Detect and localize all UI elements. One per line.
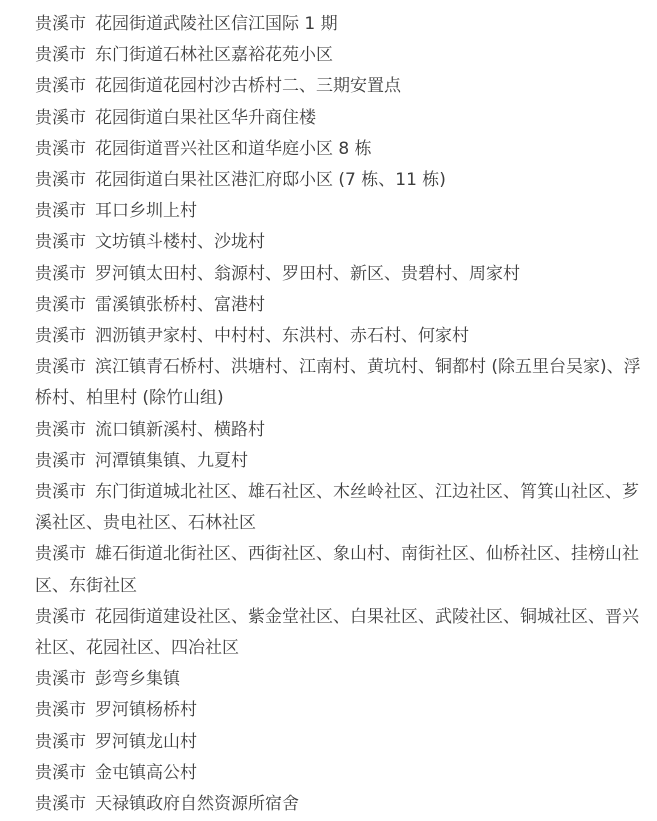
list-item: 贵溪市泗沥镇尹家村、中村村、东洪村、赤石村、何家村 [35, 321, 645, 352]
area-text: 罗河镇杨桥村 [95, 700, 197, 720]
area-text: 雄石街道北街社区、西街社区、象山村、南街社区、仙桥社区、挂榜山社区、东街社区 [35, 544, 639, 595]
list-item: 贵溪市罗河镇杨桥村 [35, 695, 645, 726]
list-item: 贵溪市花园街道建设社区、紫金堂社区、白果社区、武陵社区、铜城社区、晋兴社区、花园… [35, 602, 645, 664]
city-label: 贵溪市 [35, 201, 86, 221]
area-text: 花园街道建设社区、紫金堂社区、白果社区、武陵社区、铜城社区、晋兴社区、花园社区、… [35, 607, 639, 658]
list-item: 贵溪市流口镇新溪村、横路村 [35, 415, 645, 446]
area-text: 花园街道武陵社区信江国际 1 期 [95, 14, 338, 34]
city-label: 贵溪市 [35, 295, 86, 315]
area-text: 雷溪镇张桥村、富港村 [95, 295, 265, 315]
area-text: 河潭镇集镇、九夏村 [95, 451, 248, 471]
area-text: 花园街道花园村沙古桥村二、三期安置点 [95, 76, 401, 96]
city-label: 贵溪市 [35, 45, 86, 65]
list-item: 贵溪市雄石街道北街社区、西街社区、象山村、南街社区、仙桥社区、挂榜山社区、东街社… [35, 539, 645, 601]
city-label: 贵溪市 [35, 700, 86, 720]
list-item: 贵溪市东门街道石林社区嘉裕花苑小区 [35, 40, 645, 71]
area-text: 金屯镇高公村 [95, 763, 197, 783]
area-text: 花园街道晋兴社区和道华庭小区 8 栋 [95, 139, 372, 159]
risk-area-list: 贵溪市花园街道武陵社区信江国际 1 期 贵溪市东门街道石林社区嘉裕花苑小区 贵溪… [0, 0, 657, 820]
city-label: 贵溪市 [35, 420, 86, 440]
city-label: 贵溪市 [35, 264, 86, 284]
city-label: 贵溪市 [35, 482, 86, 502]
city-label: 贵溪市 [35, 544, 86, 564]
area-text: 花园街道白果社区华升商住楼 [95, 108, 316, 128]
list-item: 贵溪市花园街道白果社区华升商住楼 [35, 103, 645, 134]
city-label: 贵溪市 [35, 794, 86, 814]
area-text: 耳口乡圳上村 [95, 201, 197, 221]
list-item: 贵溪市东门街道城北社区、雄石社区、木丝岭社区、江边社区、筲箕山社区、芗溪社区、贵… [35, 477, 645, 539]
city-label: 贵溪市 [35, 669, 86, 689]
city-label: 贵溪市 [35, 14, 86, 34]
area-text: 彭弯乡集镇 [95, 669, 180, 689]
area-text: 文坊镇斗楼村、沙垅村 [95, 232, 265, 252]
list-item: 贵溪市天禄镇政府自然资源所宿舍 [35, 789, 645, 820]
area-text: 流口镇新溪村、横路村 [95, 420, 265, 440]
list-item: 贵溪市滨江镇青石桥村、洪塘村、江南村、黄坑村、铜都村 (除五里台吴家)、浮桥村、… [35, 352, 645, 414]
area-text: 泗沥镇尹家村、中村村、东洪村、赤石村、何家村 [95, 326, 469, 346]
list-item: 贵溪市花园街道花园村沙古桥村二、三期安置点 [35, 71, 645, 102]
area-text: 罗河镇龙山村 [95, 732, 197, 752]
city-label: 贵溪市 [35, 732, 86, 752]
area-text: 东门街道城北社区、雄石社区、木丝岭社区、江边社区、筲箕山社区、芗溪社区、贵电社区… [35, 482, 639, 533]
area-text: 天禄镇政府自然资源所宿舍 [95, 794, 299, 814]
list-item: 贵溪市河潭镇集镇、九夏村 [35, 446, 645, 477]
list-item: 贵溪市金屯镇高公村 [35, 758, 645, 789]
city-label: 贵溪市 [35, 170, 86, 190]
area-text: 东门街道石林社区嘉裕花苑小区 [95, 45, 333, 65]
list-item: 贵溪市花园街道武陵社区信江国际 1 期 [35, 9, 645, 40]
city-label: 贵溪市 [35, 451, 86, 471]
area-text: 花园街道白果社区港汇府邸小区 (7 栋、11 栋) [95, 170, 446, 190]
city-label: 贵溪市 [35, 357, 86, 377]
area-text: 滨江镇青石桥村、洪塘村、江南村、黄坑村、铜都村 (除五里台吴家)、浮桥村、柏里村… [35, 357, 641, 408]
list-item: 贵溪市彭弯乡集镇 [35, 664, 645, 695]
list-item: 贵溪市花园街道晋兴社区和道华庭小区 8 栋 [35, 134, 645, 165]
list-item: 贵溪市罗河镇太田村、翁源村、罗田村、新区、贵碧村、周家村 [35, 259, 645, 290]
city-label: 贵溪市 [35, 763, 86, 783]
city-label: 贵溪市 [35, 326, 86, 346]
area-text: 罗河镇太田村、翁源村、罗田村、新区、贵碧村、周家村 [95, 264, 520, 284]
city-label: 贵溪市 [35, 607, 86, 627]
list-item: 贵溪市耳口乡圳上村 [35, 196, 645, 227]
list-item: 贵溪市罗河镇龙山村 [35, 727, 645, 758]
city-label: 贵溪市 [35, 76, 86, 96]
city-label: 贵溪市 [35, 232, 86, 252]
list-item: 贵溪市花园街道白果社区港汇府邸小区 (7 栋、11 栋) [35, 165, 645, 196]
list-item: 贵溪市雷溪镇张桥村、富港村 [35, 290, 645, 321]
city-label: 贵溪市 [35, 108, 86, 128]
list-item: 贵溪市文坊镇斗楼村、沙垅村 [35, 227, 645, 258]
city-label: 贵溪市 [35, 139, 86, 159]
